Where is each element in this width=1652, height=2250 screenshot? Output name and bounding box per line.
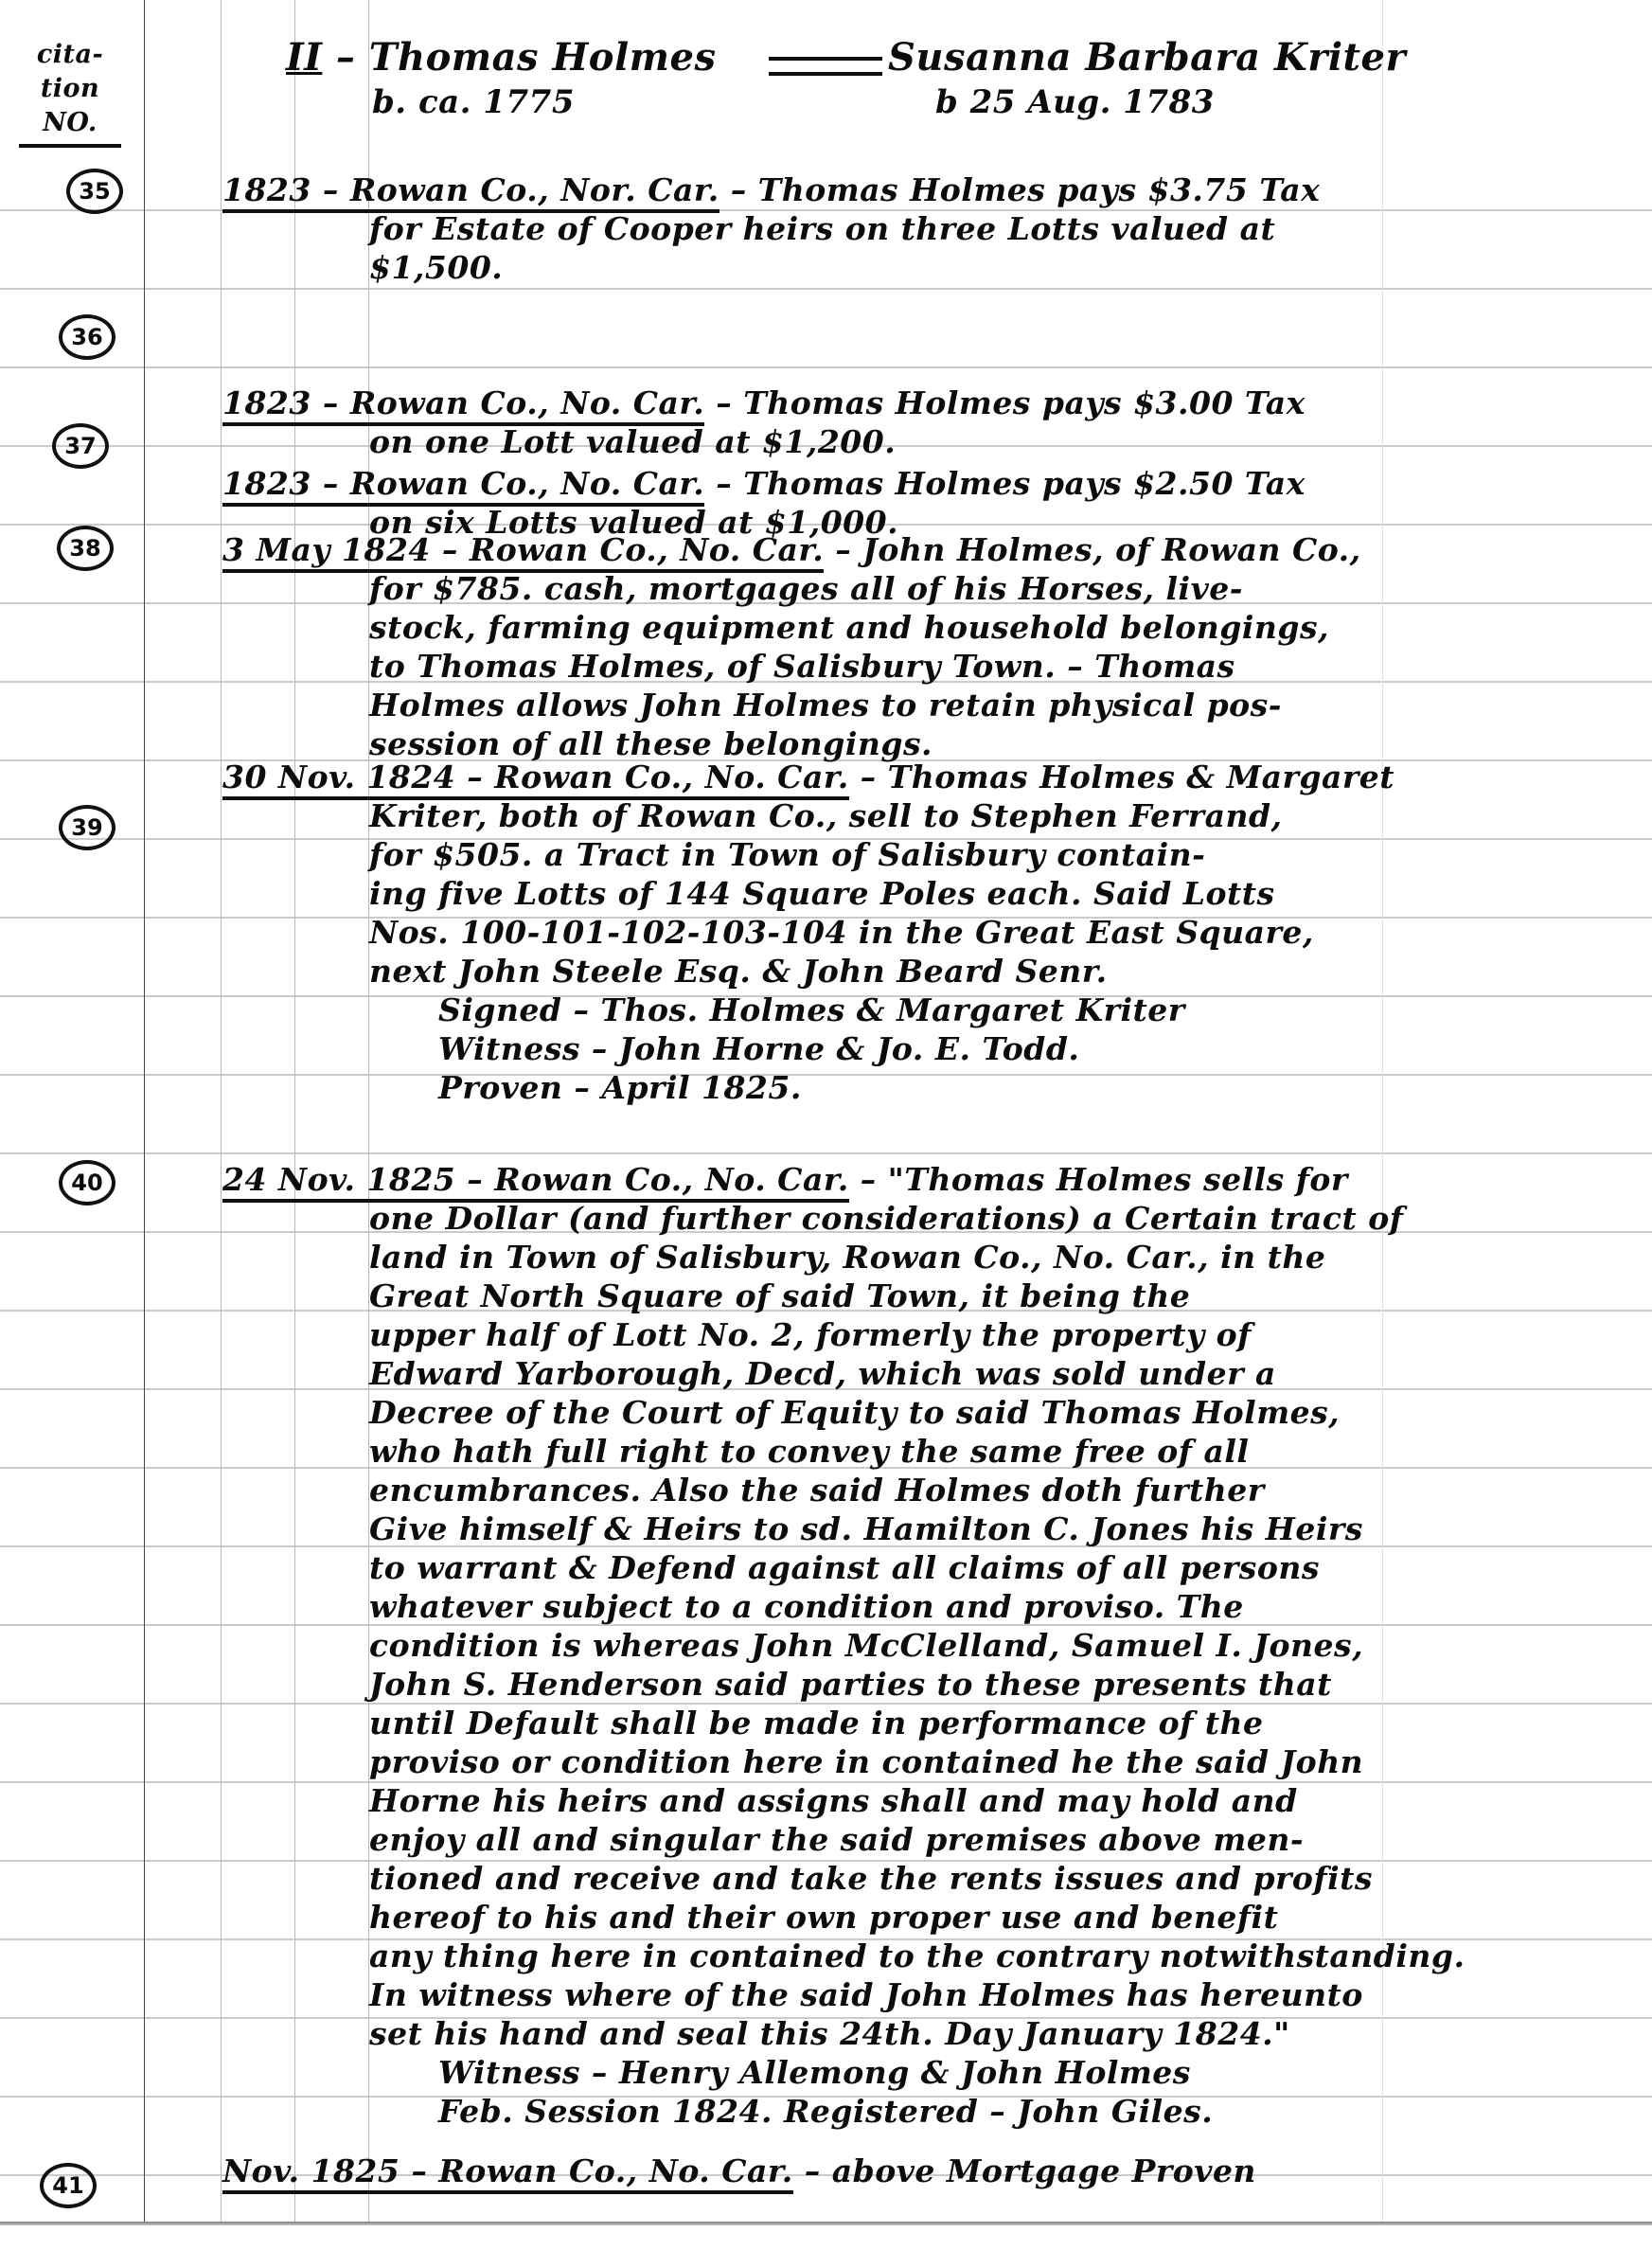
entry-attestation-line: Feb. Session 1824. Registered – John Gil… [222, 2092, 1624, 2131]
citation-number-41: 41 [40, 2163, 97, 2208]
entry-text: whatever subject to a condition and prov… [369, 1588, 1244, 1625]
page-bottom-edge [0, 2222, 1652, 2225]
entry-heading-line: 3 May 1824 – Rowan Co., No. Car. – John … [222, 530, 1624, 569]
entry-text: who hath full right to convey the same f… [369, 1433, 1249, 1470]
entry-text: for $785. cash, mortgages all of his Hor… [369, 570, 1243, 607]
entry-text-line: Edward Yarborough, Decd, which was sold … [222, 1354, 1624, 1393]
entry-text: one Dollar (and further considerations) … [369, 1200, 1403, 1237]
entry-attestation-line: Proven – April 1825. [222, 1068, 1624, 1107]
citation-number-38: 38 [57, 526, 114, 571]
entry-text: for Estate of Cooper heirs on three Lott… [369, 210, 1275, 247]
entry-text-line: Kriter, both of Rowan Co., sell to Steph… [222, 796, 1624, 835]
entry-text: ing five Lotts of 144 Square Poles each.… [369, 875, 1275, 912]
entry-text-line: set his hand and seal this 24th. Day Jan… [222, 2014, 1624, 2053]
generation-numeral: II [286, 35, 322, 80]
entry-text: – "Thomas Holmes sells for [849, 1161, 1348, 1198]
entry-text-line: any thing here in contained to the contr… [222, 1937, 1624, 1975]
entry-40: 24 Nov. 1825 – Rowan Co., No. Car. – "Th… [222, 1160, 1624, 2131]
entry-text-line: enjoy all and singular the said premises… [222, 1820, 1624, 1859]
entry-text-line: condition is whereas John McClelland, Sa… [222, 1626, 1624, 1665]
dash: – [322, 35, 368, 80]
entry-text-line: Nos. 100-101-102-103-104 in the Great Ea… [222, 913, 1624, 952]
citation-number-40: 40 [59, 1160, 115, 1205]
entry-text-line: Great North Square of said Town, it bein… [222, 1277, 1624, 1315]
entry-text-line: land in Town of Salisbury, Rowan Co., No… [222, 1238, 1624, 1277]
entry-text-line: Holmes allows John Holmes to retain phys… [222, 686, 1624, 724]
entry-text: hereof to his and their own proper use a… [369, 1899, 1278, 1936]
entry-text: on one Lott valued at $1,200. [369, 423, 896, 460]
entry-text: Nos. 100-101-102-103-104 in the Great Ea… [369, 914, 1314, 951]
entry-text: encumbrances. Also the said Holmes doth … [369, 1472, 1265, 1509]
entry-attestation-line: Signed – Thos. Holmes & Margaret Kriter [222, 991, 1624, 1029]
entry-text: – Thomas Holmes pays $3.00 Tax [704, 384, 1306, 421]
ruled-notebook-page: cita- tion NO. II – Thomas Holmes Susann… [0, 0, 1652, 2250]
entry-text: Decree of the Court of Equity to said Th… [369, 1394, 1340, 1431]
entry-text-line: on one Lott valued at $1,200. [222, 422, 1624, 461]
entry-attestation-line: Witness – Henry Allemong & John Holmes [222, 2053, 1624, 2092]
entry-text: condition is whereas John McClelland, Sa… [369, 1627, 1363, 1664]
entry-text-line: Decree of the Court of Equity to said Th… [222, 1393, 1624, 1432]
entry-text: Give himself & Heirs to sd. Hamilton C. … [369, 1510, 1363, 1547]
wife-name: Susanna Barbara Kriter [888, 36, 1406, 80]
husband-name: Thomas Holmes [369, 35, 717, 80]
entry-text-line: ing five Lotts of 144 Square Poles each.… [222, 874, 1624, 913]
entry-date-place: 30 Nov. 1824 – Rowan Co., No. Car. [222, 759, 849, 800]
entry-39: 30 Nov. 1824 – Rowan Co., No. Car. – Tho… [222, 758, 1624, 1107]
entry-text-line: tioned and receive and take the rents is… [222, 1859, 1624, 1898]
entry-heading-line: 1823 – Rowan Co., No. Car. – Thomas Holm… [222, 384, 1624, 422]
citation-column-divider [144, 0, 145, 2225]
entry-text-line: next John Steele Esq. & John Beard Senr. [222, 952, 1624, 991]
entry-text-line: In witness where of the said John Holmes… [222, 1975, 1624, 2014]
entry-text: set his hand and seal this 24th. Day Jan… [369, 2015, 1290, 2052]
entry-text-line: Horne his heirs and assigns shall and ma… [222, 1781, 1624, 1820]
entry-text-line: whatever subject to a condition and prov… [222, 1587, 1624, 1626]
entry-text: until Default shall be made in performan… [369, 1705, 1264, 1741]
entry-date-place: 1823 – Rowan Co., Nor. Car. [222, 171, 719, 213]
entry-text-line: encumbrances. Also the said Holmes doth … [222, 1471, 1624, 1509]
entry-text: tioned and receive and take the rents is… [369, 1860, 1373, 1897]
entry-text: enjoy all and singular the said premises… [369, 1821, 1304, 1858]
entry-text-line: for Estate of Cooper heirs on three Lott… [222, 209, 1624, 248]
entry-text-line: who hath full right to convey the same f… [222, 1432, 1624, 1471]
entry-35: 1823 – Rowan Co., Nor. Car. – Thomas Hol… [222, 170, 1624, 287]
citation-number-37: 37 [52, 423, 109, 469]
entry-attestation-line: Witness – John Horne & Jo. E. Todd. [222, 1029, 1624, 1068]
entry-text: John S. Henderson said parties to these … [369, 1666, 1332, 1703]
entry-text: Holmes allows John Holmes to retain phys… [369, 687, 1282, 723]
entry-text: $1,500. [369, 249, 503, 286]
heading-line: tion [13, 72, 127, 106]
citation-number-39: 39 [59, 805, 115, 850]
entry-text: – above Mortgage Proven [793, 2152, 1256, 2189]
entry-text: Edward Yarborough, Decd, which was sold … [369, 1355, 1276, 1392]
entry-text-line: to Thomas Holmes, of Salisbury Town. – T… [222, 647, 1624, 686]
husband-title: II – Thomas Holmes [286, 36, 716, 80]
entry-text-line: for $505. a Tract in Town of Salisbury c… [222, 835, 1624, 874]
heading-underline [19, 144, 121, 148]
entry-heading-line: 1823 – Rowan Co., No. Car. – Thomas Holm… [222, 464, 1624, 503]
entry-text-line: for $785. cash, mortgages all of his Hor… [222, 569, 1624, 608]
entry-41: Nov. 1825 – Rowan Co., No. Car. – above … [222, 2152, 1624, 2190]
entry-text: – Thomas Holmes pays $2.50 Tax [704, 465, 1306, 502]
margin-rule [221, 0, 222, 2225]
entry-date-place: 3 May 1824 – Rowan Co., No. Car. [222, 531, 824, 573]
entry-date-place: 1823 – Rowan Co., No. Car. [222, 384, 704, 426]
entry-heading-line: 1823 – Rowan Co., Nor. Car. – Thomas Hol… [222, 170, 1624, 209]
entry-date-place: 1823 – Rowan Co., No. Car. [222, 465, 704, 507]
entry-text: – Thomas Holmes & Margaret [849, 759, 1394, 795]
entry-text: In witness where of the said John Holmes… [369, 1976, 1363, 2013]
entry-text: land in Town of Salisbury, Rowan Co., No… [369, 1239, 1325, 1276]
wife-birth: b 25 Aug. 1783 [935, 83, 1215, 121]
entry-text: any thing here in contained to the contr… [369, 1937, 1465, 1974]
entry-text-line: $1,500. [222, 248, 1624, 287]
husband-birth: b. ca. 1775 [372, 83, 575, 121]
entry-text: next John Steele Esq. & John Beard Senr. [369, 953, 1108, 990]
entry-text-line: stock, farming equipment and household b… [222, 608, 1624, 647]
entry-text: for $505. a Tract in Town of Salisbury c… [369, 836, 1205, 873]
entry-text: to warrant & Defend against all claims o… [369, 1549, 1320, 1586]
entry-date-place: 24 Nov. 1825 – Rowan Co., No. Car. [222, 1161, 849, 1203]
marriage-symbol [769, 57, 882, 76]
entry-text: Kriter, both of Rowan Co., sell to Steph… [369, 797, 1283, 834]
citation-number-36: 36 [59, 314, 115, 360]
entry-text: – John Holmes, of Rowan Co., [824, 531, 1360, 568]
entry-text-line: John S. Henderson said parties to these … [222, 1665, 1624, 1704]
heading-line: NO. [13, 106, 127, 140]
entry-text-line: upper half of Lott No. 2, formerly the p… [222, 1315, 1624, 1354]
entry-text-line: until Default shall be made in performan… [222, 1704, 1624, 1742]
heading-line: cita- [13, 38, 127, 72]
entry-text-line: to warrant & Defend against all claims o… [222, 1548, 1624, 1587]
entry-text: – Thomas Holmes pays $3.75 Tax [719, 171, 1321, 208]
entry-36: 1823 – Rowan Co., No. Car. – Thomas Holm… [222, 384, 1624, 461]
entry-text-line: hereof to his and their own proper use a… [222, 1898, 1624, 1937]
entry-text: to Thomas Holmes, of Salisbury Town. – T… [369, 648, 1235, 685]
entry-text: proviso or condition here in contained h… [369, 1743, 1363, 1780]
entry-heading-line: 24 Nov. 1825 – Rowan Co., No. Car. – "Th… [222, 1160, 1624, 1199]
entry-date-place: Nov. 1825 – Rowan Co., No. Car. [222, 2152, 793, 2194]
entry-text-line: proviso or condition here in contained h… [222, 1742, 1624, 1781]
citation-number-35: 35 [66, 169, 123, 214]
entry-38: 3 May 1824 – Rowan Co., No. Car. – John … [222, 530, 1624, 763]
citation-column-heading: cita- tion NO. [13, 38, 127, 148]
entry-heading-line: 30 Nov. 1824 – Rowan Co., No. Car. – Tho… [222, 758, 1624, 796]
entry-text: upper half of Lott No. 2, formerly the p… [369, 1316, 1252, 1353]
entry-heading-line: Nov. 1825 – Rowan Co., No. Car. – above … [222, 2152, 1624, 2190]
entry-text-line: one Dollar (and further considerations) … [222, 1199, 1624, 1238]
entry-text: stock, farming equipment and household b… [369, 609, 1329, 646]
entry-text-line: Give himself & Heirs to sd. Hamilton C. … [222, 1509, 1624, 1548]
entry-text: Horne his heirs and assigns shall and ma… [369, 1782, 1298, 1819]
entry-text: Great North Square of said Town, it bein… [369, 1277, 1190, 1314]
